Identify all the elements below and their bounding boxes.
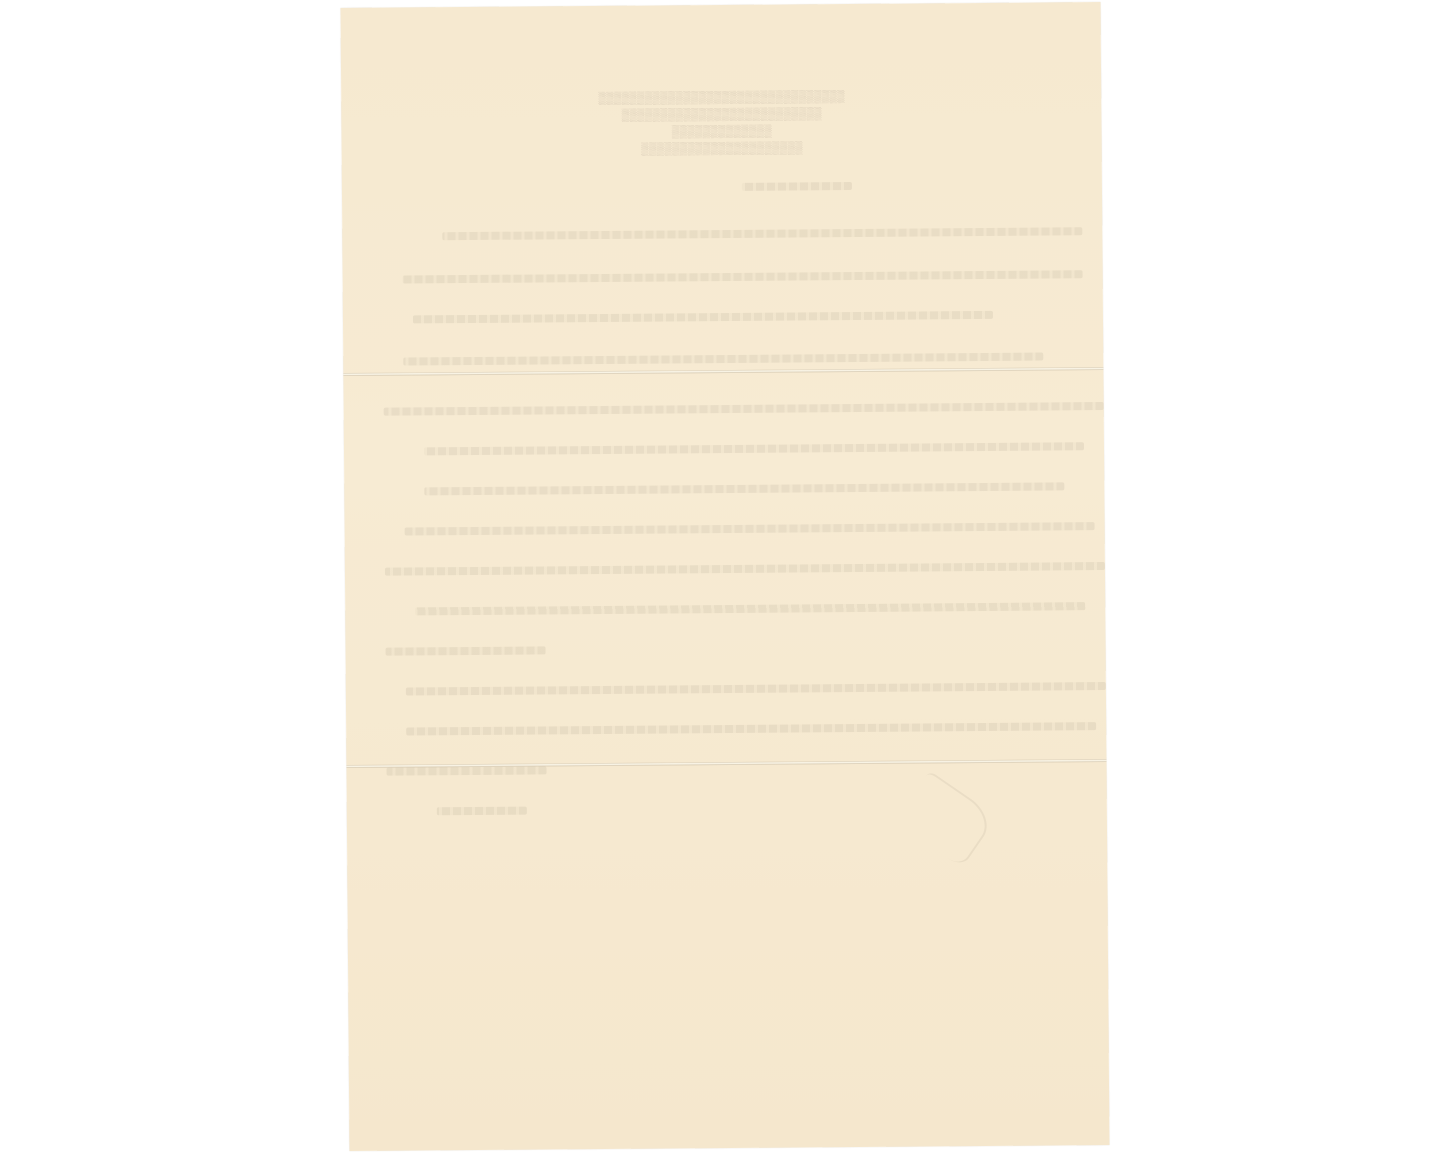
letterhead-line: ▒▒▒▒▒▒▒▒▒▒▒▒▒▒▒▒▒▒▒▒▒▒▒▒▒▒▒▒▒▒▒▒	[341, 87, 1101, 110]
bleed-line	[442, 227, 1082, 240]
bleed-line	[405, 522, 1095, 535]
letter-sheet: ▒▒▒▒▒▒▒▒▒▒▒▒▒▒▒▒▒▒▒▒▒▒▒▒▒▒▒▒▒▒▒▒ ▒▒▒▒▒▒▒…	[341, 2, 1110, 1151]
mirrored-bleed-through: ▒▒▒▒▒▒▒▒▒▒▒▒▒▒▒▒▒▒▒▒▒▒▒▒▒▒▒▒▒▒▒▒ ▒▒▒▒▒▒▒…	[341, 2, 1110, 1151]
letterhead-line: ▒▒▒▒▒▒▒▒▒▒▒▒▒▒▒▒▒▒▒▒▒▒▒▒▒▒	[341, 104, 1101, 127]
bleed-line	[424, 482, 1064, 495]
letterhead-line: ▒▒▒▒▒▒▒▒▒▒▒▒▒	[341, 121, 1101, 144]
bleed-line	[415, 602, 1085, 615]
bleed-line	[386, 766, 546, 775]
bleed-line	[385, 562, 1105, 576]
bleed-line	[742, 182, 852, 191]
bleed-line	[406, 722, 1096, 735]
bleed-line	[406, 682, 1106, 695]
bleed-line	[403, 270, 1083, 283]
letterhead-bleed: ▒▒▒▒▒▒▒▒▒▒▒▒▒▒▒▒▒▒▒▒▒▒▒▒▒▒▒▒▒▒▒▒ ▒▒▒▒▒▒▒…	[341, 87, 1102, 161]
bleed-line	[424, 442, 1084, 455]
bleed-line	[413, 311, 993, 324]
bleed-line	[384, 402, 1104, 416]
signature-bleed	[895, 770, 998, 868]
letterhead-line: ▒▒▒▒▒▒▒▒▒▒▒▒▒▒▒▒▒▒▒▒▒	[342, 138, 1102, 161]
bleed-line	[386, 646, 546, 655]
bleed-line	[437, 807, 527, 816]
fold-crease-lower	[346, 759, 1106, 768]
bleed-line	[403, 352, 1043, 365]
fold-crease-upper	[343, 367, 1103, 376]
